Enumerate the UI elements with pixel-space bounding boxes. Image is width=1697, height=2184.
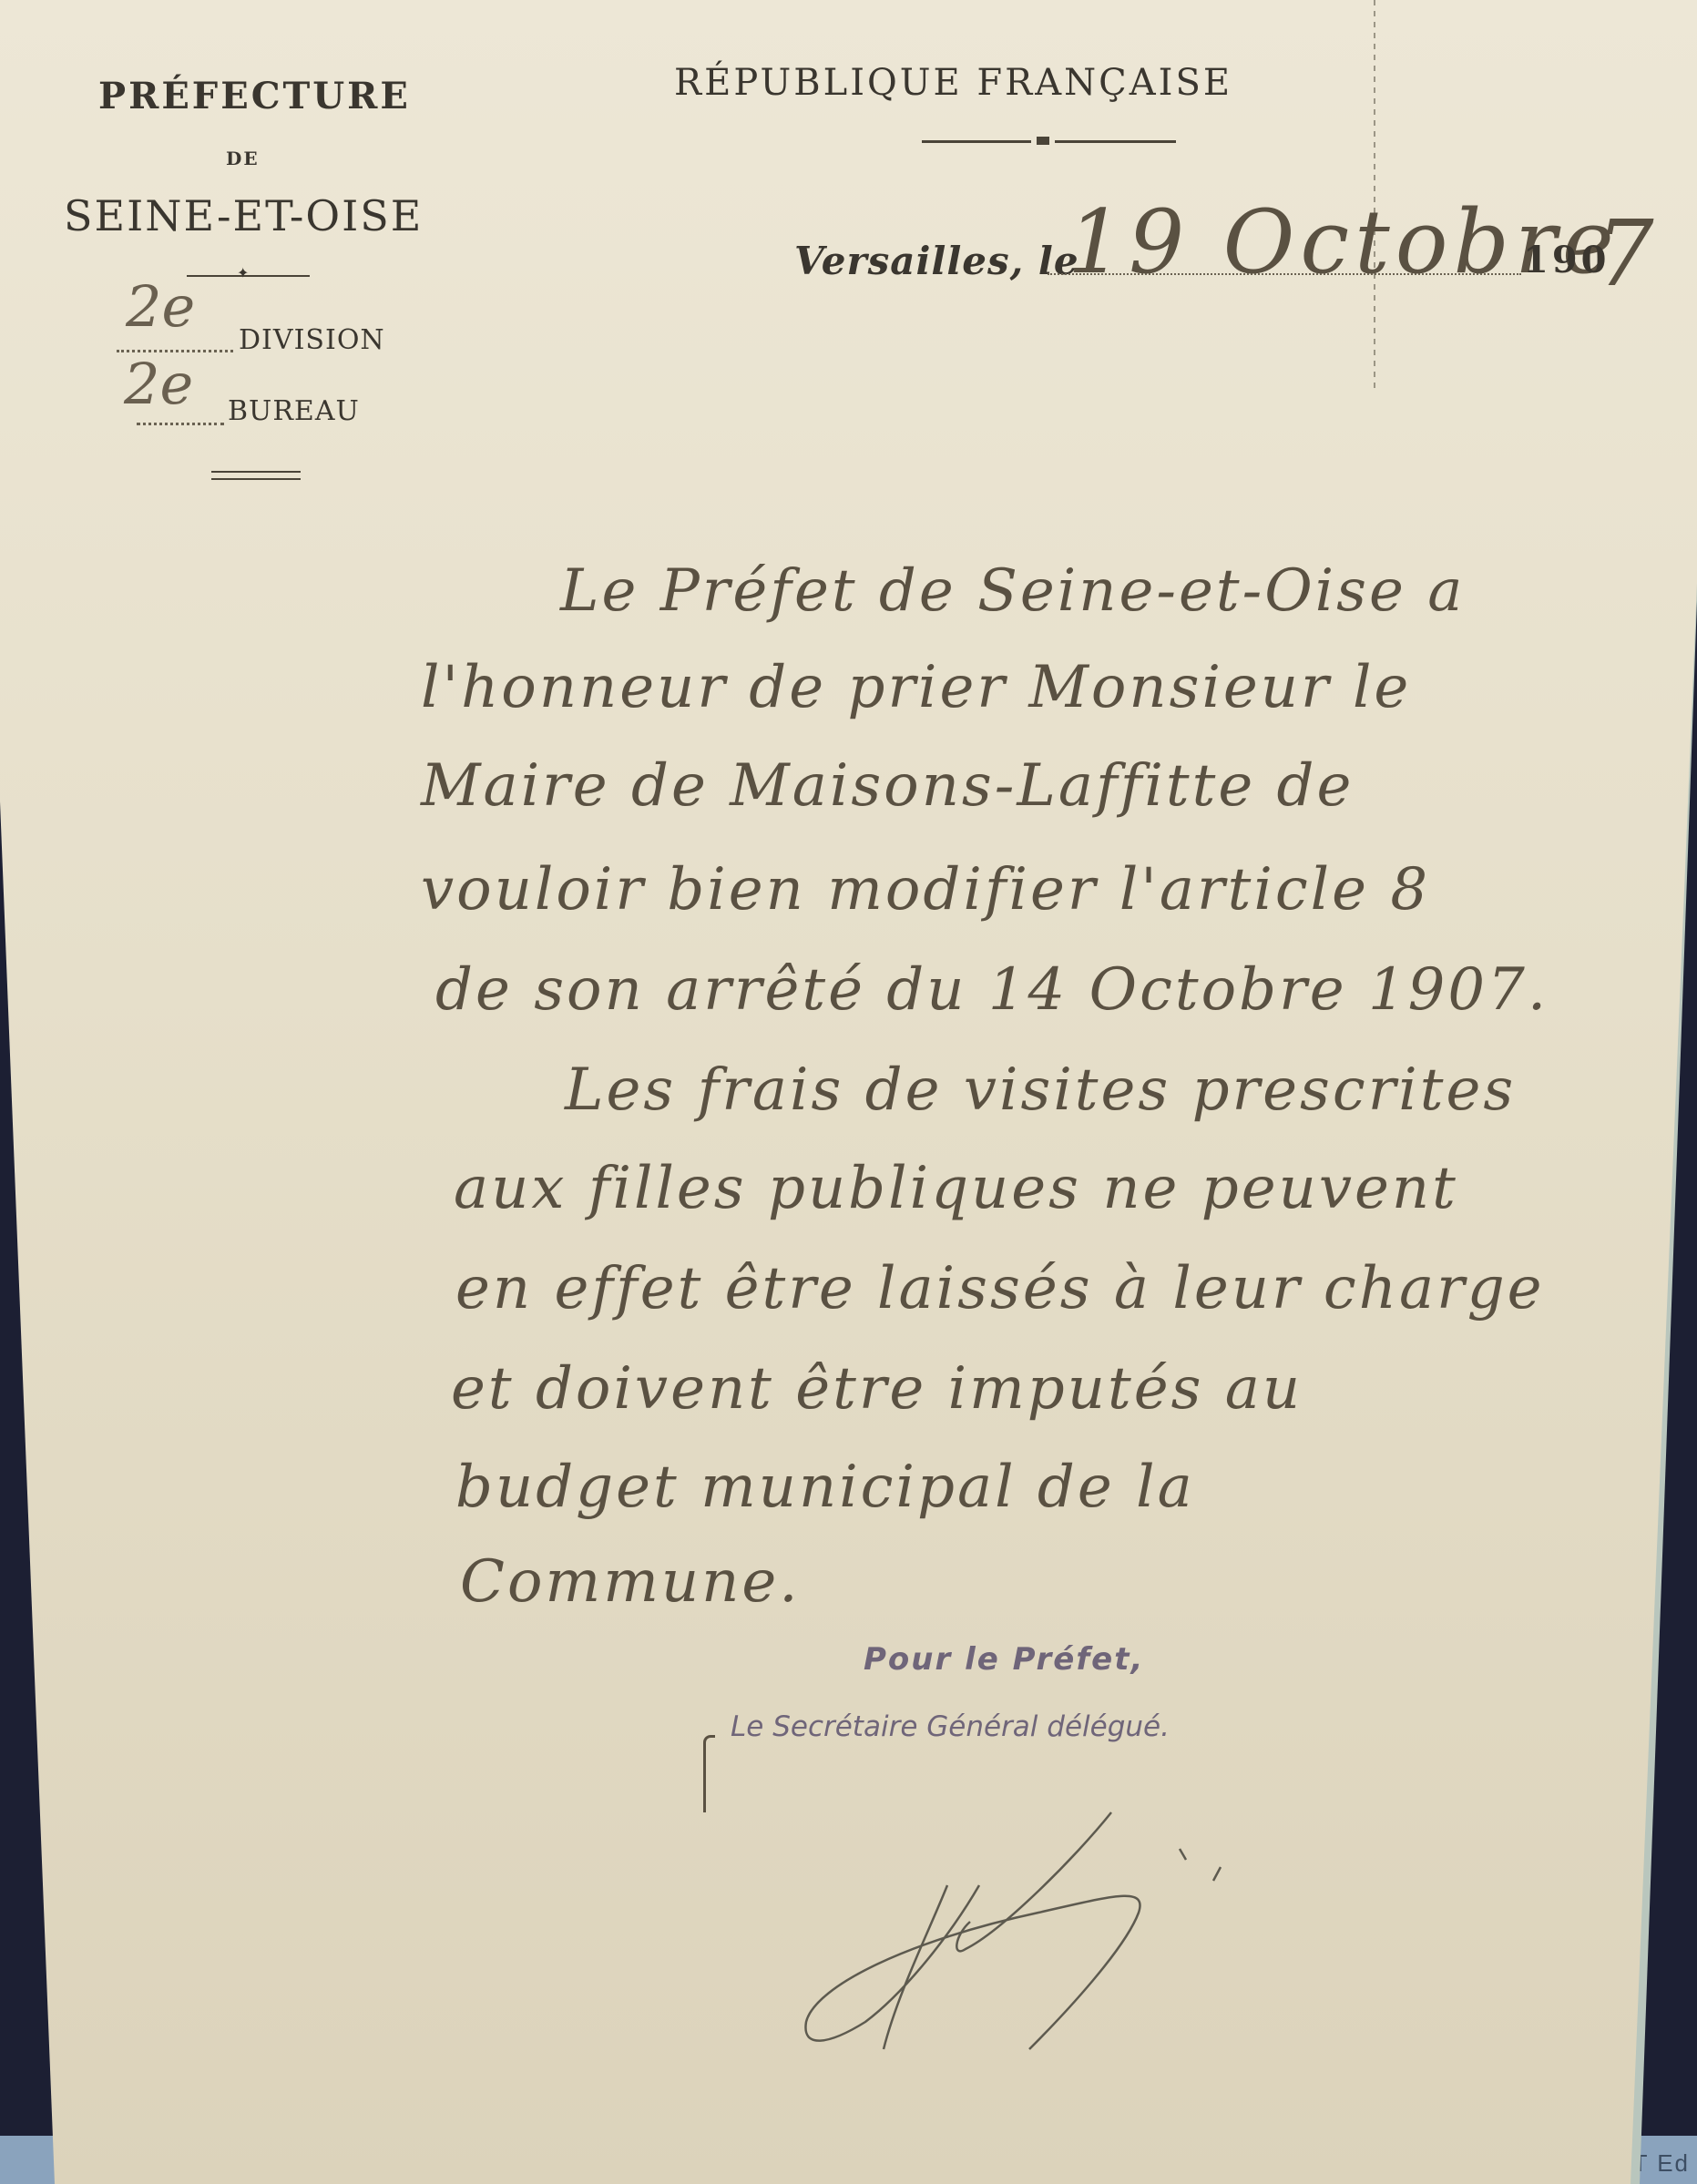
bureau-double-rule-bottom [211, 478, 301, 480]
place-prefix: Versailles, le [794, 239, 1079, 283]
body-line: Les frais de visites prescrites [565, 1056, 1516, 1124]
background-strip-text: T Ed [1633, 2149, 1690, 2178]
body-line: de son arrêté du 14 Octobre 1907. [435, 956, 1549, 1024]
bureau-dotted-line [137, 423, 224, 425]
bureau-number: 2e [124, 351, 193, 417]
body-line: en effet être laissés à leur charge [455, 1255, 1545, 1322]
body-line: Maire de Maisons-Laffitte de [421, 752, 1354, 820]
republic-title: RÉPUBLIQUE FRANÇAISE [674, 62, 1232, 104]
bureau-double-rule-top [211, 471, 301, 473]
bureau-label: BUREAU [228, 395, 360, 427]
republic-rule-left [922, 140, 1031, 143]
division-label: DIVISION [239, 324, 385, 356]
body-line: et doivent être imputés au [451, 1355, 1303, 1423]
body-line: Commune. [460, 1548, 801, 1616]
department-name: SEINE-ET-OISE [64, 191, 423, 240]
ornament-glyph: ✦ [237, 264, 249, 281]
body-line: budget municipal de la [455, 1454, 1195, 1521]
body-line: Le Préfet de Seine-et-Oise a [560, 557, 1465, 625]
republic-rule-right [1055, 140, 1176, 143]
body-line: vouloir bien modifier l'article 8 [421, 856, 1430, 924]
republic-rule-center [1037, 137, 1049, 145]
year-handwritten: 7 [1596, 200, 1657, 307]
signature-bracket [703, 1735, 715, 1812]
prefecture-title: PRÉFECTURE [98, 75, 411, 117]
handwritten-signature [765, 1776, 1275, 2104]
stamp-pour-le-prefet: Pour le Préfet, [864, 1641, 1144, 1678]
prefecture-de: DE [226, 148, 260, 169]
stamp-secretaire-general: Le Secrétaire Général délégué. [731, 1710, 1170, 1743]
body-line: aux filles publiques ne peuvent [454, 1155, 1458, 1222]
letter-paper: PRÉFECTURE DE SEINE-ET-OISE ✦ 2e DIVISIO… [0, 0, 1697, 2184]
body-line: l'honneur de prier Monsieur le [421, 654, 1411, 721]
division-number: 2e [126, 273, 195, 340]
